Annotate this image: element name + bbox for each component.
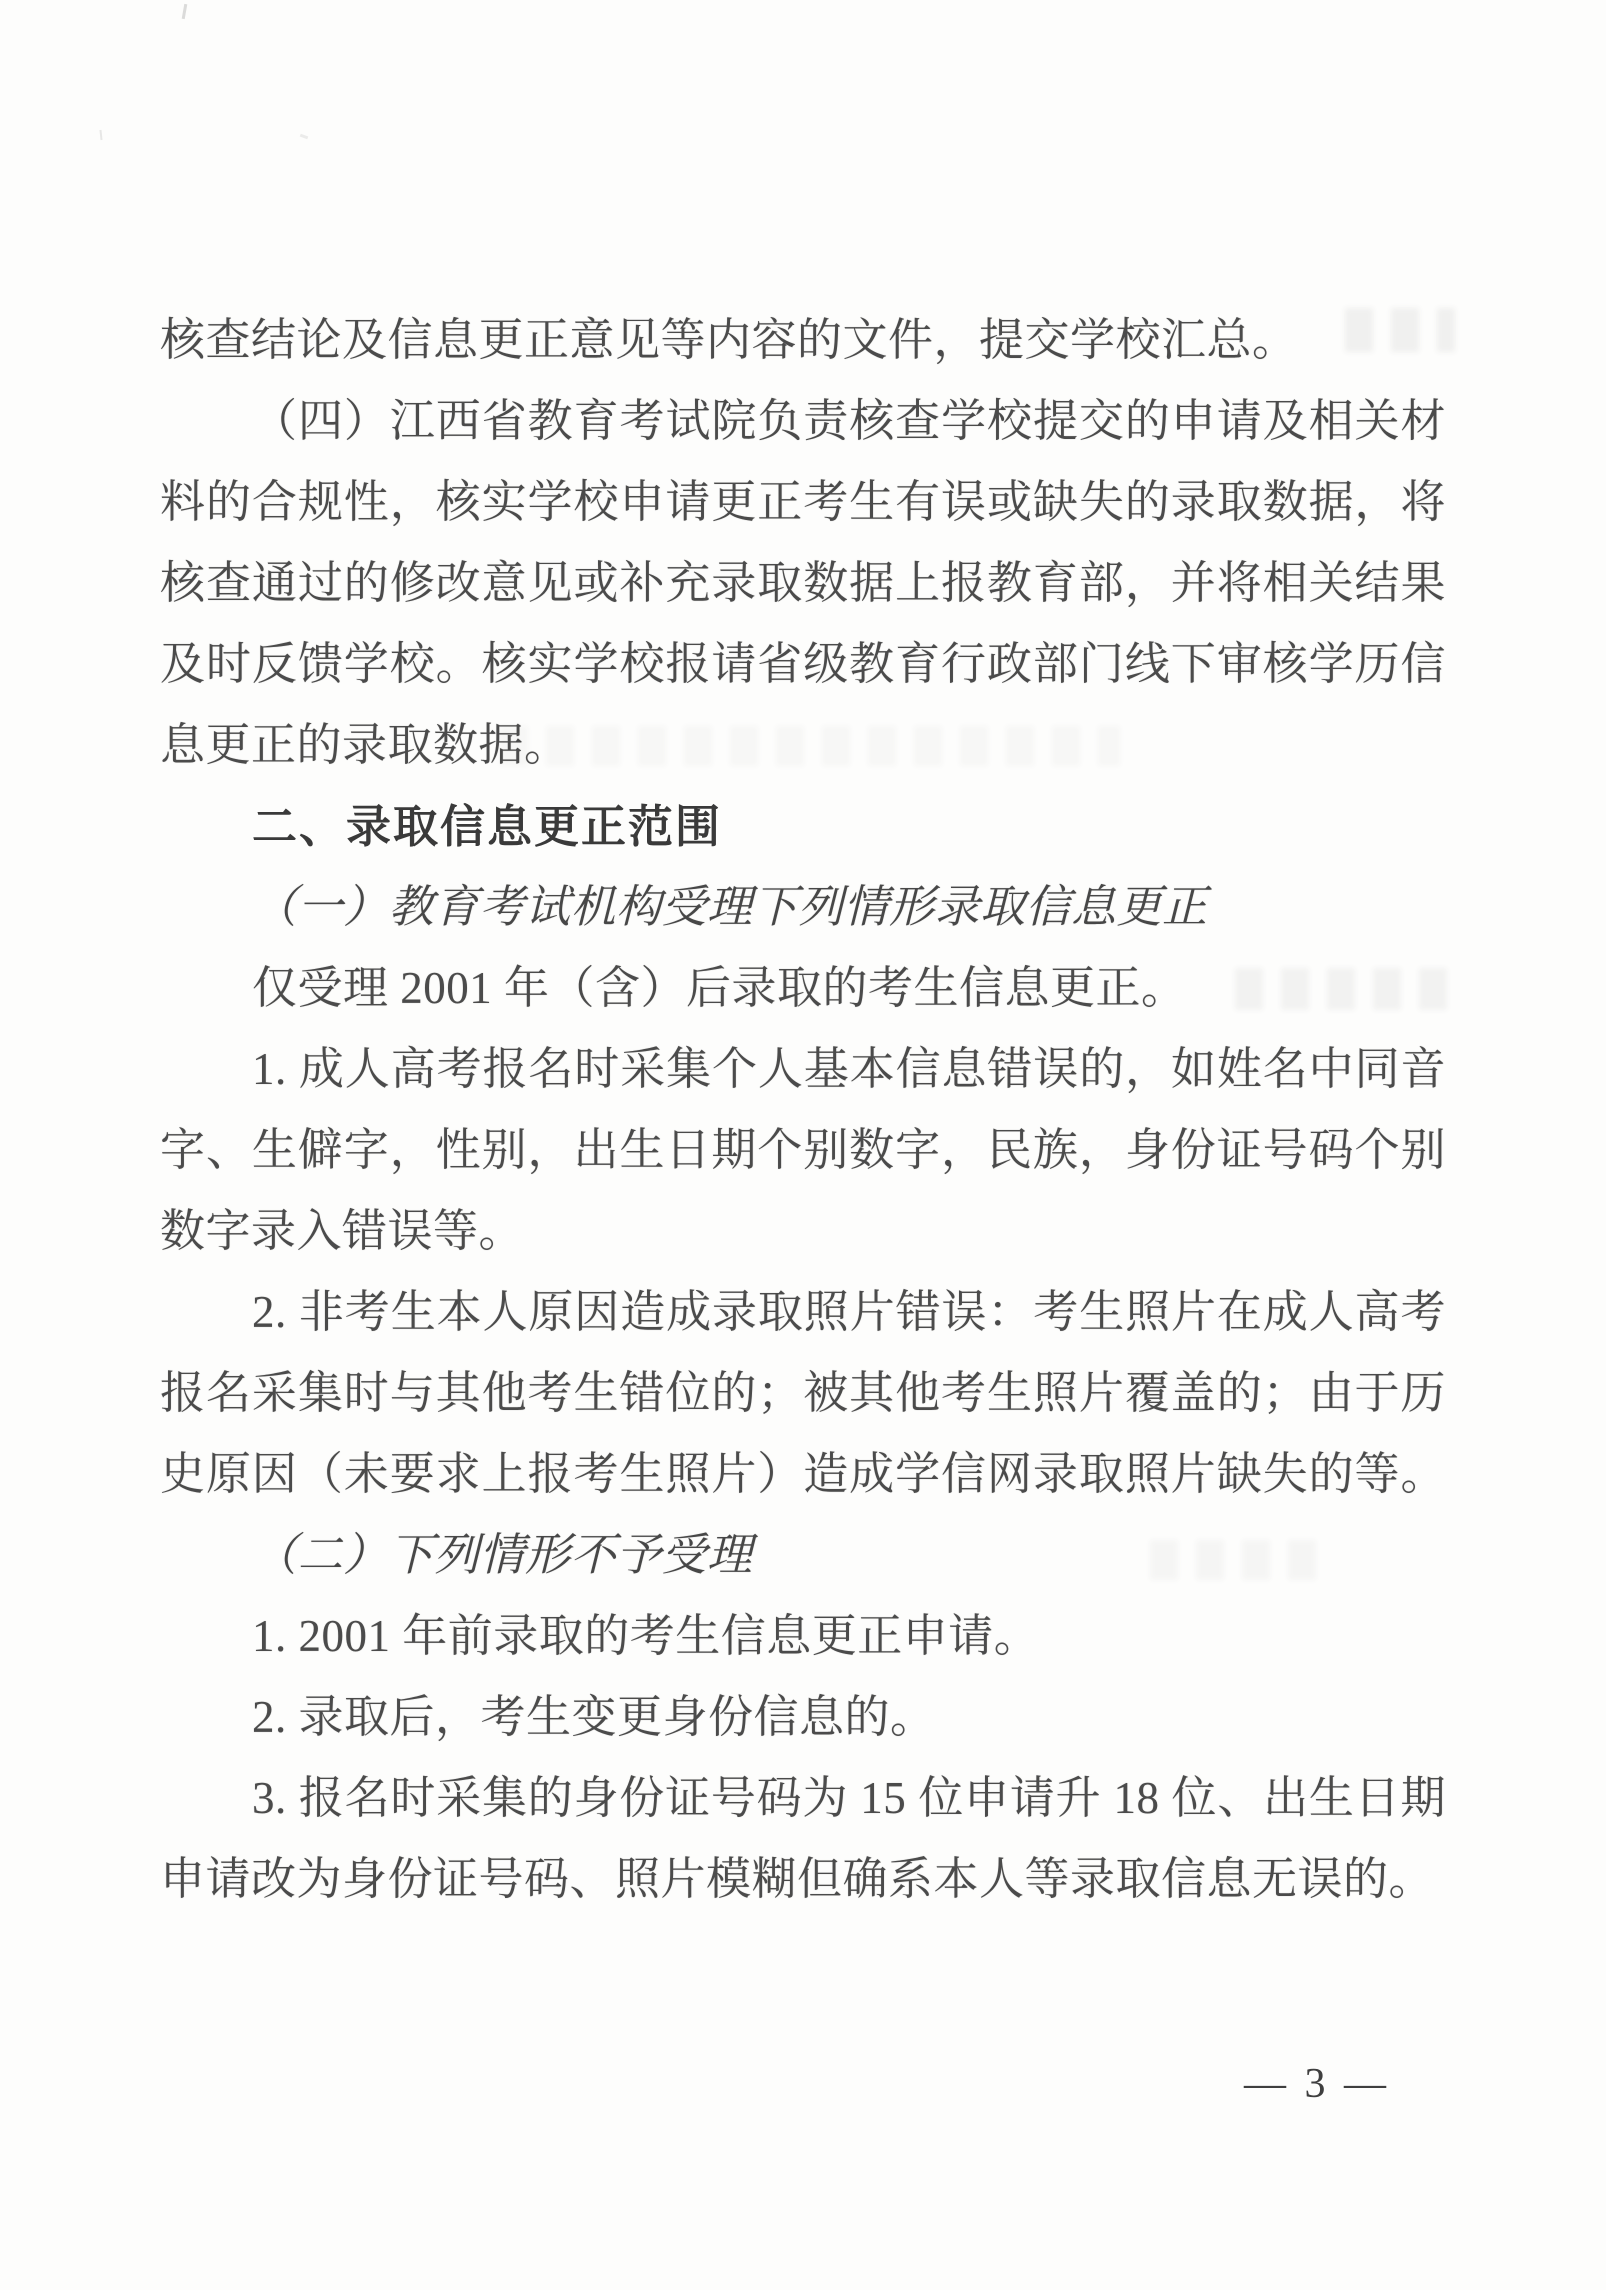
text-line: （一）教育考试机构受理下列情形录取信息更正 (160, 867, 1446, 948)
text-line: 1. 2001 年前录取的考生信息更正申请。 (160, 1596, 1446, 1677)
document-page: 核查结论及信息更正意见等内容的文件，提交学校汇总。（四）江西省教育考试院负责核查… (0, 0, 1606, 2290)
text-line: 3. 报名时采集的身份证号码为 15 位申请升 18 位、出生日期 (160, 1758, 1446, 1839)
text-line: （二）下列情形不予受理 (160, 1515, 1446, 1596)
scan-speck (182, 4, 188, 19)
text-line: 1. 成人高考报名时采集个人基本信息错误的，如姓名中同音 (160, 1029, 1446, 1110)
page-number: — 3 — (1244, 2054, 1390, 2114)
text-line: （四）江西省教育考试院负责核查学校提交的申请及相关材 (160, 381, 1446, 462)
text-line: 申请改为身份证号码、照片模糊但确系本人等录取信息无误的。 (160, 1839, 1446, 1920)
text-line: 字、生僻字，性别，出生日期个别数字，民族，身份证号码个别 (160, 1110, 1446, 1191)
text-line: 料的合规性，核实学校申请更正考生有误或缺失的录取数据，将 (160, 462, 1446, 543)
text-line: 及时反馈学校。核实学校报请省级教育行政部门线下审核学历信 (160, 624, 1446, 705)
scan-speck (300, 134, 309, 140)
text-line: 息更正的录取数据。 (160, 705, 1446, 786)
text-line: 核查结论及信息更正意见等内容的文件，提交学校汇总。 (160, 300, 1446, 381)
text-line: 史原因（未要求上报考生照片）造成学信网录取照片缺失的等。 (160, 1434, 1446, 1515)
text-line: 2. 录取后，考生变更身份信息的。 (160, 1677, 1446, 1758)
scan-speck (99, 130, 102, 140)
document-body: 核查结论及信息更正意见等内容的文件，提交学校汇总。（四）江西省教育考试院负责核查… (160, 300, 1446, 1920)
text-line: 报名采集时与其他考生错位的；被其他考生照片覆盖的；由于历 (160, 1353, 1446, 1434)
text-line: 2. 非考生本人原因造成录取照片错误：考生照片在成人高考 (160, 1272, 1446, 1353)
text-line: 二、录取信息更正范围 (160, 786, 1446, 867)
text-line: 核查通过的修改意见或补充录取数据上报教育部，并将相关结果 (160, 543, 1446, 624)
text-line: 仅受理 2001 年（含）后录取的考生信息更正。 (160, 948, 1446, 1029)
text-line: 数字录入错误等。 (160, 1191, 1446, 1272)
